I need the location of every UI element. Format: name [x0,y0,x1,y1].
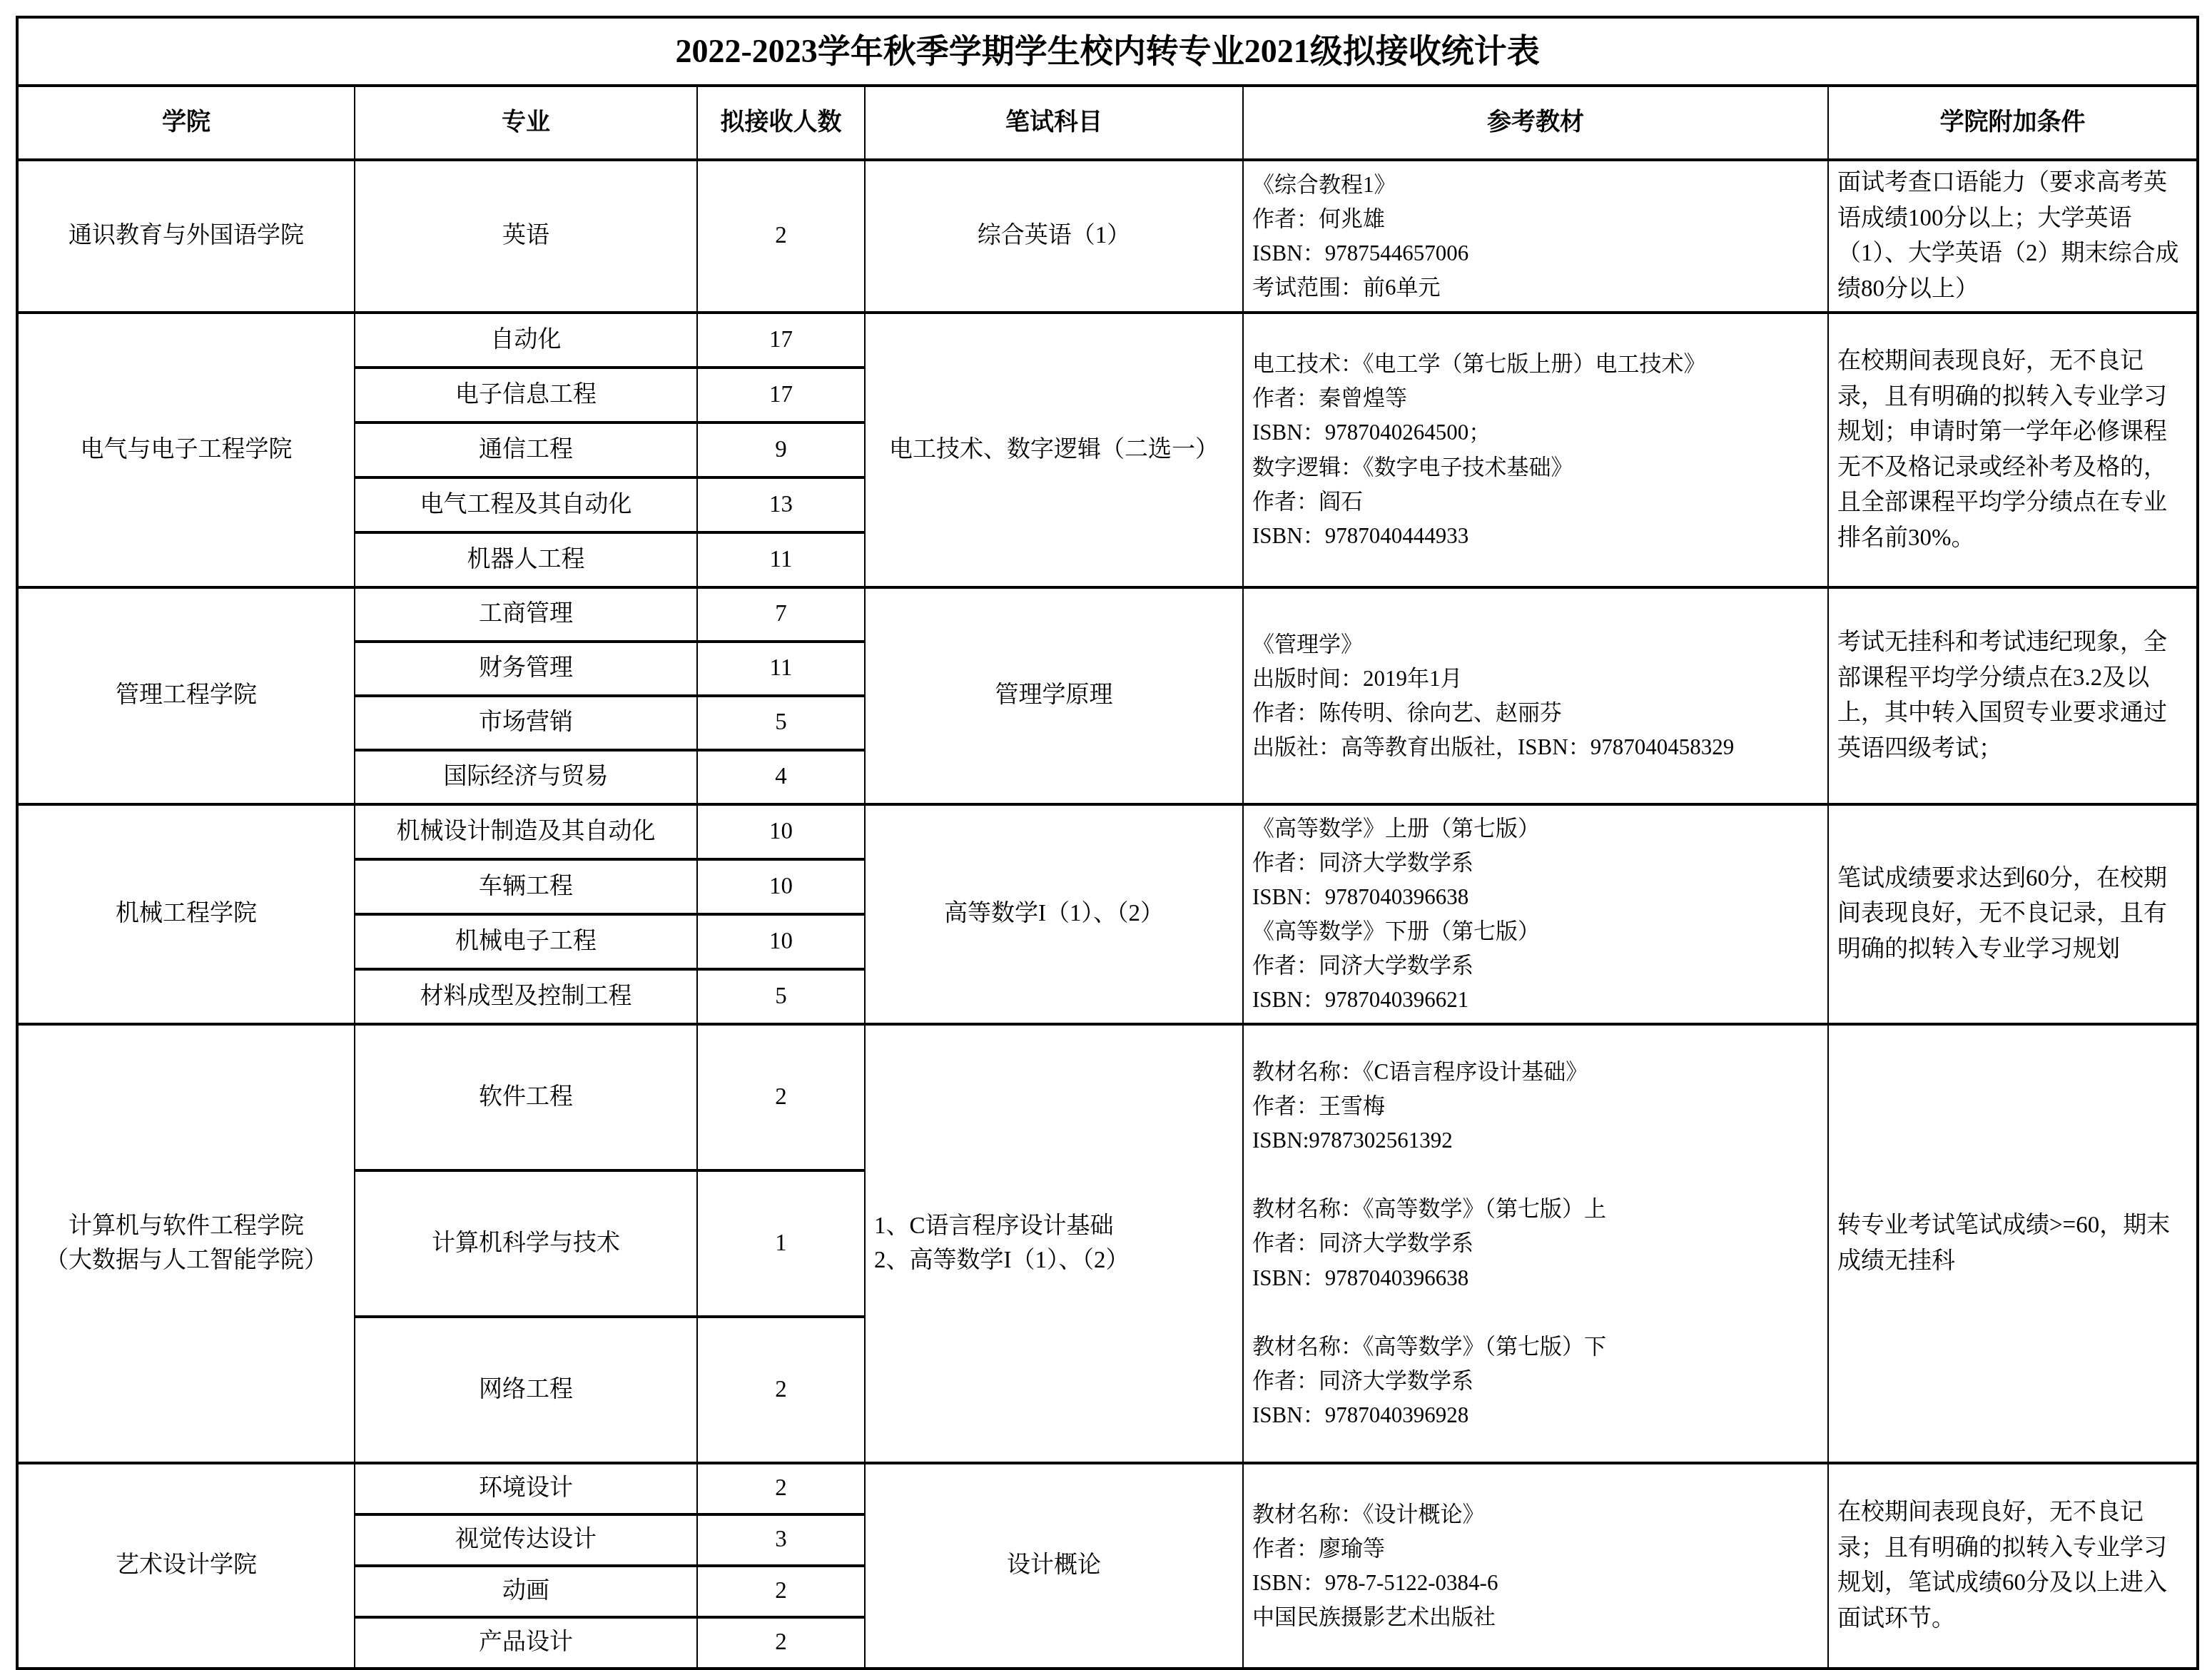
count-cell: 2 [697,1463,865,1514]
major-cell: 软件工程 [355,1024,697,1170]
count-cell: 10 [697,859,865,914]
exam-cell: 设计概论 [865,1463,1243,1669]
conditions-cell: 在校期间表现良好，无不良记录，且有明确的拟转入专业学习规划；申请时第一学年必修课… [1828,313,2198,587]
conditions-cell: 面试考查口语能力（要求高考英语成绩100分以上；大学英语（1）、大学英语（2）期… [1828,160,2198,313]
header-conditions: 学院附加条件 [1828,86,2198,160]
count-cell: 5 [697,696,865,750]
major-cell: 动画 [355,1566,697,1617]
count-cell: 3 [697,1514,865,1566]
major-cell: 英语 [355,160,697,313]
count-cell: 9 [697,422,865,477]
conditions-cell: 笔试成绩要求达到60分，在校期间表现良好，无不良记录，且有明确的拟转入专业学习规… [1828,804,2198,1024]
major-cell: 电子信息工程 [355,368,697,422]
header-major: 专业 [355,86,697,160]
college-cell: 管理工程学院 [17,587,355,804]
major-cell: 材料成型及控制工程 [355,969,697,1024]
count-cell: 2 [697,1617,865,1669]
count-cell: 1 [697,1170,865,1317]
header-reference: 参考教材 [1243,86,1828,160]
count-cell: 2 [697,1566,865,1617]
major-cell: 环境设计 [355,1463,697,1514]
count-cell: 2 [697,1024,865,1170]
major-cell: 计算机科学与技术 [355,1170,697,1317]
conditions-cell: 考试无挂科和考试违纪现象，全部课程平均学分绩点在3.2及以上，其中转入国贸专业要… [1828,587,2198,804]
major-cell: 视觉传达设计 [355,1514,697,1566]
exam-cell: 高等数学I（1）、（2） [865,804,1243,1024]
major-cell: 产品设计 [355,1617,697,1669]
major-cell: 国际经济与贸易 [355,750,697,804]
exam-cell: 电工技术、数字逻辑（二选一） [865,313,1243,587]
major-cell: 市场营销 [355,696,697,750]
reference-cell: 《管理学》 出版时间：2019年1月 作者：陈传明、徐向艺、赵丽芬 出版社：高等… [1243,587,1828,804]
major-cell: 网络工程 [355,1317,697,1463]
exam-cell: 1、C语言程序设计基础 2、高等数学I（1）、（2） [865,1024,1243,1463]
table-title: 2022-2023学年秋季学期学生校内转专业2021级拟接收统计表 [17,17,2198,86]
major-cell: 机械电子工程 [355,914,697,969]
count-cell: 13 [697,477,865,532]
reference-cell: 教材名称：《C语言程序设计基础》 作者：王雪梅 ISBN:97873025613… [1243,1024,1828,1463]
count-cell: 17 [697,368,865,422]
exam-cell: 综合英语（1） [865,160,1243,313]
reference-cell: 电工技术：《电工学（第七版上册）电工技术》 作者：秦曾煌等 ISBN：97870… [1243,313,1828,587]
count-cell: 2 [697,1317,865,1463]
header-count: 拟接收人数 [697,86,865,160]
reference-cell: 《综合教程1》 作者：何兆雄 ISBN：9787544657006 考试范围：前… [1243,160,1828,313]
exam-cell: 管理学原理 [865,587,1243,804]
major-cell: 财务管理 [355,642,697,696]
college-cell: 机械工程学院 [17,804,355,1024]
major-cell: 机器人工程 [355,532,697,587]
major-cell: 车辆工程 [355,859,697,914]
conditions-cell: 转专业考试笔试成绩>=60，期末成绩无挂科 [1828,1024,2198,1463]
college-cell: 艺术设计学院 [17,1463,355,1669]
count-cell: 17 [697,313,865,368]
reference-cell: 教材名称：《设计概论》 作者：廖瑜等 ISBN：978-7-5122-0384-… [1243,1463,1828,1669]
header-exam: 笔试科目 [865,86,1243,160]
conditions-cell: 在校期间表现良好，无不良记录；且有明确的拟转入专业学习规划，笔试成绩60分及以上… [1828,1463,2198,1669]
transfer-statistics-table: 2022-2023学年秋季学期学生校内转专业2021级拟接收统计表 学院 专业 … [16,16,2199,1670]
reference-cell: 《高等数学》上册（第七版） 作者：同济大学数学系 ISBN：9787040396… [1243,804,1828,1024]
count-cell: 10 [697,804,865,859]
college-cell: 电气与电子工程学院 [17,313,355,587]
count-cell: 7 [697,587,865,642]
count-cell: 4 [697,750,865,804]
header-college: 学院 [17,86,355,160]
count-cell: 10 [697,914,865,969]
college-cell: 计算机与软件工程学院 （大数据与人工智能学院） [17,1024,355,1463]
transfer-statistics-page: 2022-2023学年秋季学期学生校内转专业2021级拟接收统计表 学院 专业 … [0,0,2212,1659]
major-cell: 自动化 [355,313,697,368]
count-cell: 5 [697,969,865,1024]
major-cell: 机械设计制造及其自动化 [355,804,697,859]
count-cell: 11 [697,532,865,587]
count-cell: 2 [697,160,865,313]
major-cell: 通信工程 [355,422,697,477]
college-cell: 通识教育与外国语学院 [17,160,355,313]
major-cell: 电气工程及其自动化 [355,477,697,532]
major-cell: 工商管理 [355,587,697,642]
count-cell: 11 [697,642,865,696]
